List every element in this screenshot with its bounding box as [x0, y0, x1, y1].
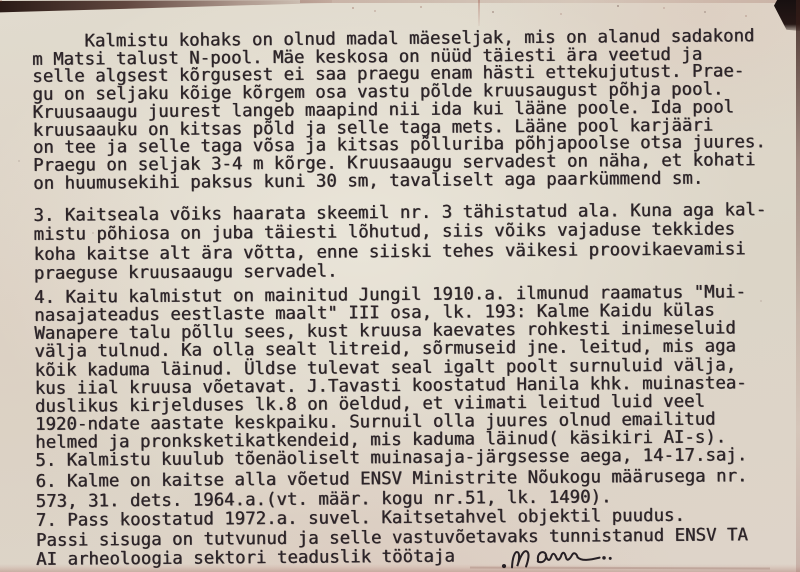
intro-paragraph: Kalmistu kohaks on olnud madal mäeseljak… [32, 28, 766, 193]
closing-line: AI arheoloogia sektori teaduslik töötaja [36, 546, 631, 572]
item-6-7-paragraph: 6. Kalme on kaitse alla võetud ENSV Mini… [35, 467, 748, 551]
typewritten-text: Kalmistu kohaks on olnud madal mäeseljak… [0, 0, 800, 572]
item-4-5-paragraph: 4. Kaitu kalmistut on mainitud Jungil 19… [34, 283, 747, 470]
scanned-typewritten-page: Kalmistu kohaks on olnud madal mäeseljak… [0, 0, 800, 572]
item-3-paragraph: 3. Kaitseala võiks haarata skeemil nr. 3… [33, 201, 766, 284]
closing-line-text: AI arheoloogia sektori teaduslik töötaja [36, 548, 455, 571]
paper-specks [0, 0, 2, 2]
